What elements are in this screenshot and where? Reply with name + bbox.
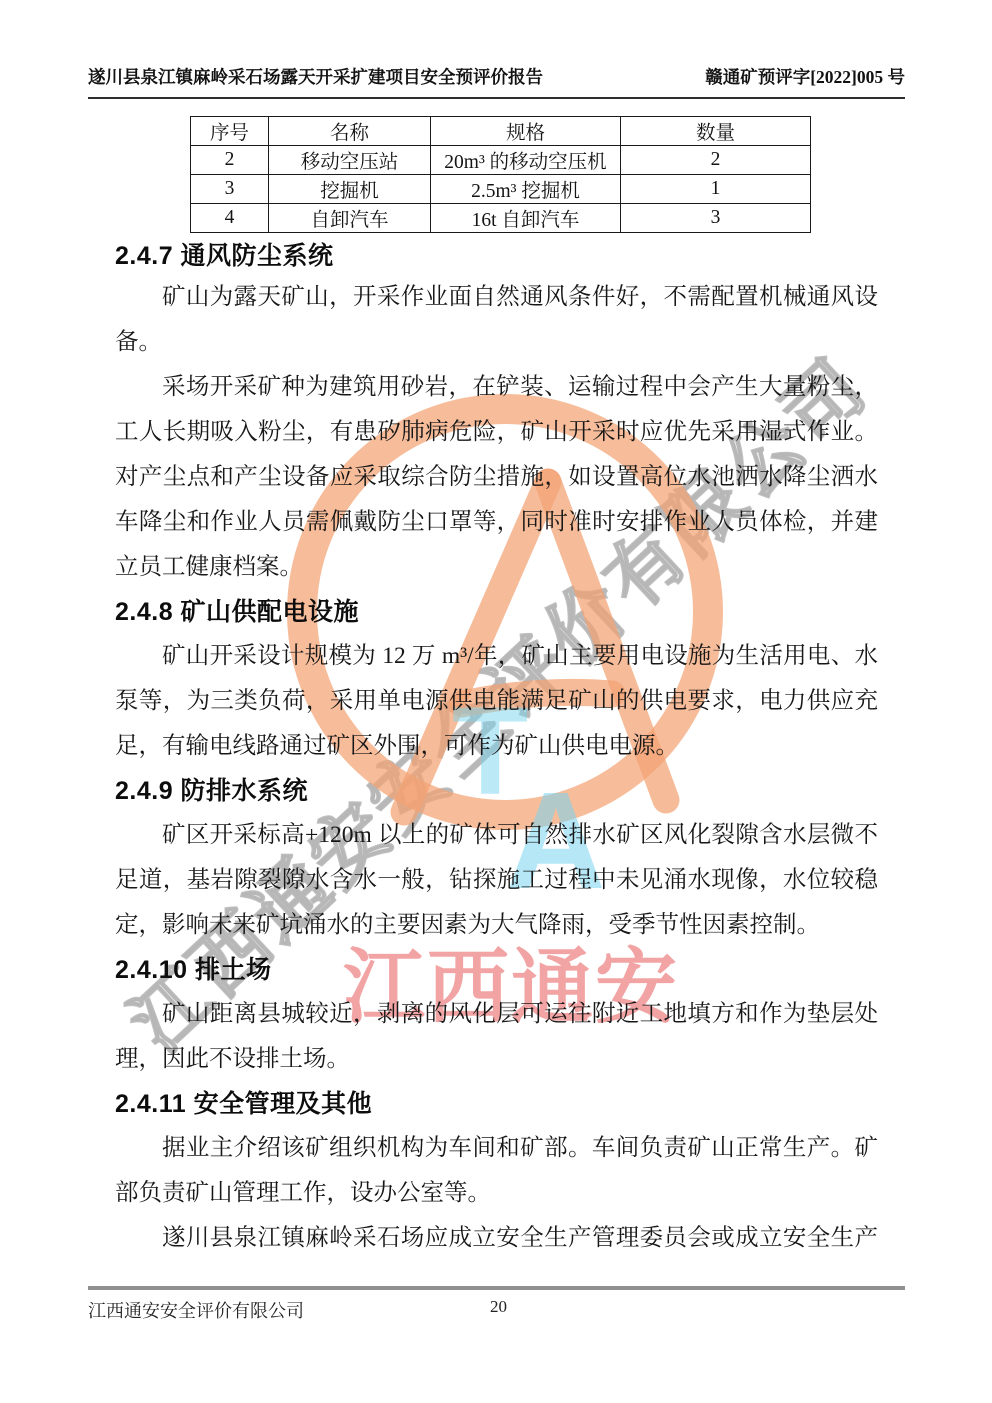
- cell-spec: 16t 自卸汽车: [431, 204, 621, 233]
- main-content: 序号 名称 规格 数量 2 移动空压站 20m³ 的移动空压机 2 3 挖掘机 …: [115, 116, 878, 1261]
- body-line: 足道，基岩隙裂隙水含水一般，钻探施工过程中未见涌水现像，水位较稳: [115, 858, 878, 903]
- cell-index: 3: [191, 175, 269, 204]
- cell-spec: 2.5m³ 挖掘机: [431, 175, 621, 204]
- body-line: 理，因此不设排土场。: [115, 1037, 878, 1082]
- body-line: 据业主介绍该矿组织机构为车间和矿部。车间负责矿山正常生产。矿: [115, 1126, 878, 1171]
- body-line: 矿山距离县城较近，剥离的风化层可运往附近工地填方和作为垫层处: [115, 992, 878, 1037]
- body-line: 泵等，为三类负荷，采用单电源供电能满足矿山的供电要求，电力供应充: [115, 679, 878, 724]
- table-row: 4 自卸汽车 16t 自卸汽车 3: [191, 204, 811, 233]
- page-footer: 江西通安安全评价有限公司 20: [88, 1286, 905, 1323]
- col-header-index: 序号: [191, 117, 269, 146]
- body-line: 对产尘点和产尘设备应采取综合防尘措施，如设置高位水池洒水降尘洒水: [115, 455, 878, 500]
- cell-name: 移动空压站: [269, 146, 431, 175]
- footer-company-name: 江西通安安全评价有限公司: [88, 1301, 304, 1321]
- body-line: 车降尘和作业人员需佩戴防尘口罩等，同时准时安排作业人员体检，并建: [115, 500, 878, 545]
- body-line: 足，有输电线路通过矿区外围，可作为矿山供电电源。: [115, 724, 878, 769]
- page-header: 遂川县泉江镇麻岭采石场露天开采扩建项目安全预评价报告 赣通矿预评字[2022]0…: [88, 64, 905, 99]
- cell-index: 2: [191, 146, 269, 175]
- cell-qty: 3: [621, 204, 811, 233]
- body-line: 定，影响未来矿坑涌水的主要因素为大气降雨，受季节性因素控制。: [115, 903, 878, 948]
- equipment-table: 序号 名称 规格 数量 2 移动空压站 20m³ 的移动空压机 2 3 挖掘机 …: [190, 116, 811, 233]
- body-line: 备。: [115, 320, 878, 365]
- section-heading-2-4-8: 2.4.8 矿山供配电设施: [115, 590, 878, 634]
- document-page: 江西通安安全评价有限公司 T A 江西通安 遂川县泉江镇麻岭采石场露天开采扩建项…: [0, 0, 992, 1403]
- table-row: 3 挖掘机 2.5m³ 挖掘机 1: [191, 175, 811, 204]
- col-header-name: 名称: [269, 117, 431, 146]
- section-heading-2-4-11: 2.4.11 安全管理及其他: [115, 1082, 878, 1126]
- cell-name: 挖掘机: [269, 175, 431, 204]
- col-header-qty: 数量: [621, 117, 811, 146]
- cell-qty: 1: [621, 175, 811, 204]
- page-number: 20: [490, 1297, 507, 1317]
- body-line: 部负责矿山管理工作，设办公室等。: [115, 1171, 878, 1216]
- section-heading-2-4-9: 2.4.9 防排水系统: [115, 769, 878, 813]
- header-document-number: 赣通矿预评字[2022]005 号: [705, 64, 905, 89]
- body-line: 立员工健康档案。: [115, 545, 878, 590]
- section-heading-2-4-10: 2.4.10 排土场: [115, 948, 878, 992]
- cell-index: 4: [191, 204, 269, 233]
- cell-name: 自卸汽车: [269, 204, 431, 233]
- body-line: 遂川县泉江镇麻岭采石场应成立安全生产管理委员会或成立安全生产: [115, 1216, 878, 1261]
- body-line: 矿山为露天矿山，开采作业面自然通风条件好，不需配置机械通风设: [115, 275, 878, 320]
- body-line: 采场开采矿种为建筑用砂岩，在铲装、运输过程中会产生大量粉尘，: [115, 365, 878, 410]
- body-line: 矿山开采设计规模为 12 万 m³/年，矿山主要用电设施为生活用电、水: [115, 634, 878, 679]
- header-report-title: 遂川县泉江镇麻岭采石场露天开采扩建项目安全预评价报告: [88, 64, 543, 89]
- body-line: 工人长期吸入粉尘，有患矽肺病危险，矿山开采时应优先采用湿式作业。: [115, 410, 878, 455]
- table-header-row: 序号 名称 规格 数量: [191, 117, 811, 146]
- cell-spec: 20m³ 的移动空压机: [431, 146, 621, 175]
- body-line: 矿区开采标高+120m 以上的矿体可自然排水矿区风化裂隙含水层微不: [115, 813, 878, 858]
- table-row: 2 移动空压站 20m³ 的移动空压机 2: [191, 146, 811, 175]
- section-heading-2-4-7: 2.4.7 通风防尘系统: [115, 237, 878, 275]
- col-header-spec: 规格: [431, 117, 621, 146]
- cell-qty: 2: [621, 146, 811, 175]
